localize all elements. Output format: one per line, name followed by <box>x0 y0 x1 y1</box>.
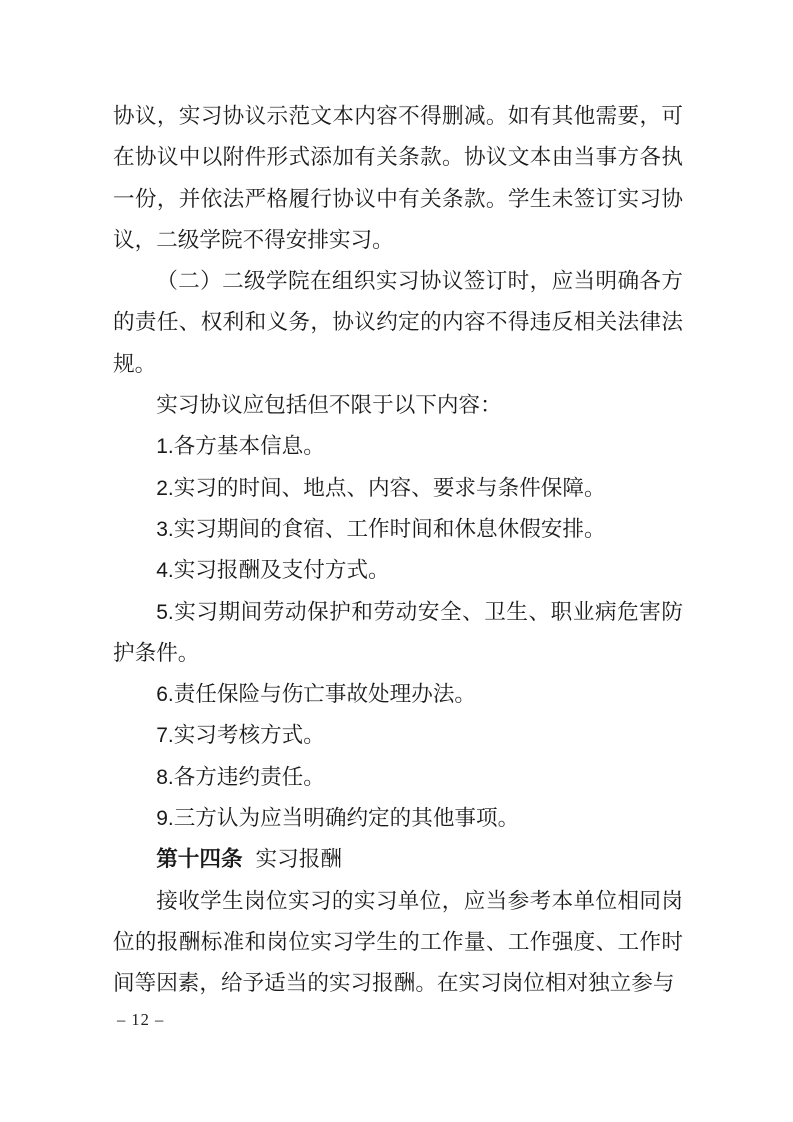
numbered-item: 7.实习考核方式。 <box>113 715 683 756</box>
article-heading: 第十四条实习报酬 <box>113 839 683 880</box>
item-text: 责任保险与伤亡事故处理办法。 <box>174 682 476 706</box>
item-text: 三方认为应当明确约定的其他事项。 <box>174 806 520 830</box>
numbered-item: 9.三方认为应当明确约定的其他事项。 <box>113 798 683 839</box>
numbered-item: 4.实习报酬及支付方式。 <box>113 550 683 591</box>
list-intro-paragraph: 实习协议应包括但不限于以下内容： <box>113 385 683 426</box>
item-number: 7. <box>156 724 174 747</box>
item-number: 1. <box>156 435 174 458</box>
article-number: 第十四条 <box>156 847 242 871</box>
page-content: 协议，实习协议示范文本内容不得删减。如有其他需要，可在协议中以附件形式添加有关条… <box>113 96 683 1005</box>
item-number: 5. <box>156 601 174 624</box>
numbered-item: 5.实习期间劳动保护和劳动安全、卫生、职业病危害防护条件。 <box>113 592 683 675</box>
item-text: 实习考核方式。 <box>174 723 325 747</box>
numbered-item: 3.实习期间的食宿、工作时间和休息休假安排。 <box>113 509 683 550</box>
numbered-item: 6.责任保险与伤亡事故处理办法。 <box>113 674 683 715</box>
body-paragraph: 接收学生岗位实习的实习单位，应当参考本单位相同岗位的报酬标准和岗位实习学生的工作… <box>113 881 683 1005</box>
numbered-item: 2.实习的时间、地点、内容、要求与条件保障。 <box>113 468 683 509</box>
item-text: 实习期间的食宿、工作时间和休息休假安排。 <box>174 517 606 541</box>
item-number: 4. <box>156 559 174 582</box>
paragraph: （二）二级学院在组织实习协议签订时，应当明确各方的责任、权利和义务，协议约定的内… <box>113 261 683 385</box>
item-number: 2. <box>156 477 174 500</box>
numbered-item: 1.各方基本信息。 <box>113 426 683 467</box>
item-number: 6. <box>156 683 174 706</box>
paragraph-continuation: 协议，实习协议示范文本内容不得删减。如有其他需要，可在协议中以附件形式添加有关条… <box>113 96 683 261</box>
document-page: 协议，实习协议示范文本内容不得删减。如有其他需要，可在协议中以附件形式添加有关条… <box>0 0 793 1122</box>
article-title: 实习报酬 <box>256 847 342 871</box>
numbered-item: 8.各方违约责任。 <box>113 757 683 798</box>
item-text: 实习期间劳动保护和劳动安全、卫生、职业病危害防护条件。 <box>113 600 683 665</box>
item-text: 各方违约责任。 <box>174 765 325 789</box>
item-number: 8. <box>156 766 174 789</box>
item-number: 9. <box>156 807 174 830</box>
item-text: 实习报酬及支付方式。 <box>174 558 390 582</box>
item-number: 3. <box>156 518 174 541</box>
page-number: – 12 – <box>117 1010 164 1030</box>
item-text: 各方基本信息。 <box>174 434 325 458</box>
item-text: 实习的时间、地点、内容、要求与条件保障。 <box>174 476 606 500</box>
